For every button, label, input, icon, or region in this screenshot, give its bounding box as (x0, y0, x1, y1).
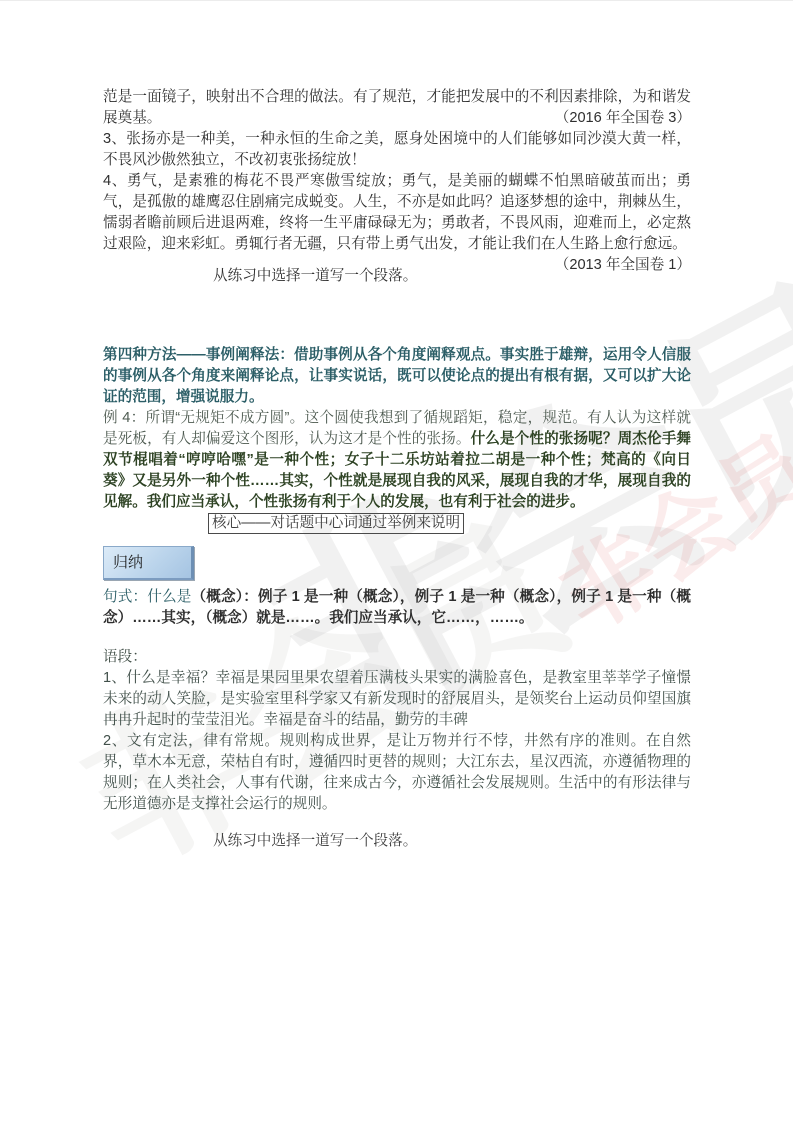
paragraph-zhangyang: 3、张扬亦是一种美，一种永恒的生命之美，愿身处困境中的人们能够如同沙漠大黄一样，… (103, 129, 691, 171)
segment-1-happiness: 1、什么是幸福？幸福是果园里果农望着压满枝头果实的满脸喜色，是教室里莘莘学子憧憬… (103, 668, 691, 731)
exam-ref-2016: （2016 年全国卷 3） (555, 108, 691, 129)
segment-2-rules: 2、文有定法，律有常规。规则构成世界，是让万物并行不悖，井然有序的准则。在自然界… (103, 731, 691, 815)
segments-label: 语段： (103, 647, 691, 668)
core-note-box: 核心——对话题中心词通过举例来说明 (208, 513, 464, 534)
sentence-pattern-paragraph: 句式：什么是（概念）：例子 1 是一种（概念），例子 1 是一种（概念），例子 … (103, 587, 691, 629)
paragraph-courage-text: 4、勇气，是素雅的梅花不畏严寒傲雪绽放；勇气，是美丽的蝴蝶不怕黑暗破茧而出；勇气… (103, 173, 691, 252)
sentence-pattern-text: （概念）：例子 1 是一种（概念），例子 1 是一种（概念），例子 1 是一种（… (103, 589, 691, 626)
document-page: 非会员 非会员 非会员 范是一面镜子，映射出不合理的做法。有了规范，才能把发展中… (0, 0, 793, 1122)
method-four-paragraph: 第四种方法——事例阐释法：借助事例从各个角度阐释观点。事实胜于雄辩，运用令人信服… (103, 345, 691, 408)
document-content: 范是一面镜子，映射出不合理的做法。有了规范，才能把发展中的不利因素排除，为和谐发… (0, 1, 793, 852)
paragraph-courage: 4、勇气，是素雅的梅花不畏严寒傲雪绽放；勇气，是美丽的蝴蝶不怕黑暗破茧而出；勇气… (103, 171, 691, 255)
summary-button[interactable]: 归纳 (103, 546, 194, 580)
sentence-pattern-label: 句式：什么是 (103, 589, 192, 605)
paragraph-norm-mirror: 范是一面镜子，映射出不合理的做法。有了规范，才能把发展中的不利因素排除，为和谐发… (103, 87, 691, 129)
exam-ref-2013: （2013 年全国卷 1） (555, 255, 691, 276)
example-4-paragraph: 例 4：所谓“无规矩不成方圆”。这个圆使我想到了循规蹈矩，稳定，规范。有人认为这… (103, 408, 691, 513)
exercise-prompt-2: 从练习中选择一道写一个段落。 (103, 831, 691, 852)
summary-button-label: 归纳 (113, 552, 143, 573)
paragraph-zhangyang-text: 3、张扬亦是一种美，一种永恒的生命之美，愿身处困境中的人们能够如同沙漠大黄一样，… (103, 131, 691, 168)
